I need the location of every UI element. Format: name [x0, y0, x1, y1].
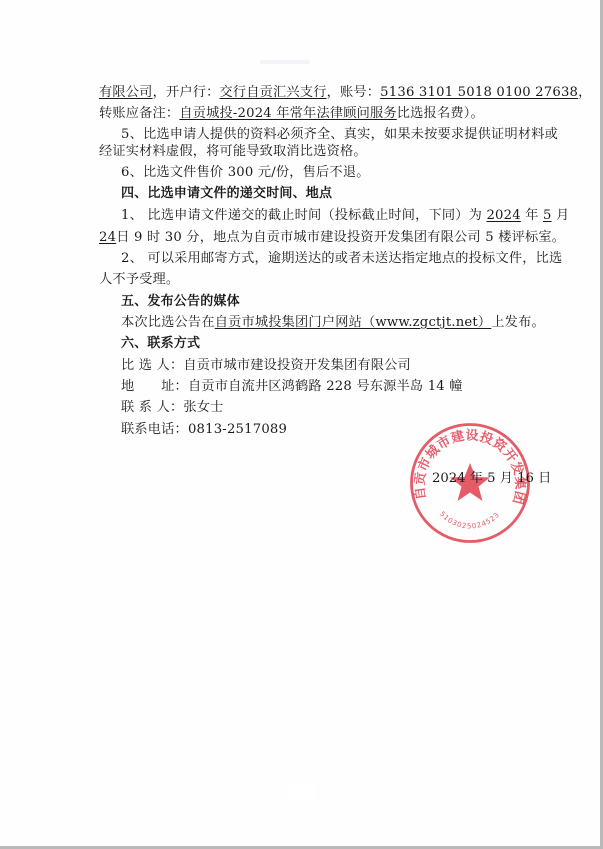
person-label: 联 系 人：	[121, 400, 183, 415]
company-suffix: 有限公司	[99, 85, 153, 100]
deadline-location: 日 9 时 30 分，地点为自贡市城市建设投资开发集团有限公司 5 楼评标室。	[116, 230, 565, 245]
publish-line: 本次比选公告在自贡市城投集团门户网站（www.zgctjt.net）上发布。	[121, 314, 545, 332]
mail-line-2: 人不予受理。	[99, 271, 179, 289]
bank-label: ，开户行：	[153, 85, 220, 100]
mail-line-1: 2、 可以采用邮寄方式，逾期送达的或者未送达指定地点的投标文件，比选	[121, 250, 562, 268]
bank-info-line: 有限公司，开户行：交行自贡汇兴支行，账号：5136 3101 5018 0100…	[99, 84, 592, 102]
transfer-note-value: 自贡城投-2024 年常年法律顾问服务	[179, 106, 396, 121]
seal-org-name: 自贡市城市建设投资开发集团有限公司	[409, 421, 528, 506]
deadline-day: 24	[99, 230, 116, 245]
year-char: 年	[525, 208, 538, 223]
deadline-line-1: 1、 比选申请文件递交的截止时间（投标截止时间，下同）为 2024 年 5 月	[121, 207, 569, 225]
transfer-note-line: 转账应备注：自贡城投-2024 年常年法律顾问服务比选报名费）。	[99, 105, 484, 123]
person-value: 张女士	[183, 400, 223, 415]
address-label: 地 址：	[121, 379, 188, 394]
item-6: 6、比选文件售价 300 元/份，售后不退。	[121, 164, 370, 182]
phone-value: 0813-2517089	[188, 422, 287, 437]
signature-date: 2024 年 5 月 16 日	[432, 470, 551, 488]
transfer-note-suffix: 比选报名费）。	[397, 106, 484, 121]
selector-label: 比 选 人：	[121, 358, 183, 373]
contact-phone: 联系电话：0813-2517089	[121, 421, 287, 439]
scan-artifact	[292, 782, 314, 802]
punct: ，	[578, 85, 591, 100]
deadline-month: 5	[543, 208, 552, 223]
contact-person: 联 系 人：张女士	[121, 399, 224, 417]
contact-address: 地 址：自贡市自流井区鸿鹤路 228 号东源半岛 14 幢	[121, 378, 463, 396]
item-5-line-2: 经证实材料虚假，将可能导致取消比选资格。	[99, 143, 367, 161]
section-5-heading: 五、发布公告的媒体	[121, 293, 240, 311]
portal-link: 自贡市城投集团门户网站（www.zgctjt.net）	[215, 315, 492, 330]
month-char: 月	[556, 208, 569, 223]
deadline-text: 1、 比选申请文件递交的截止时间（投标截止时间，下同）为	[121, 208, 482, 223]
item-5-line-1: 5、比选申请人提供的资料必须齐全、真实，如果未按要求提供证明材料或	[121, 126, 558, 144]
bank-name: 交行自贡汇兴支行	[220, 85, 327, 100]
phone-label: 联系电话：	[121, 422, 188, 437]
transfer-note-label: 转账应备注：	[99, 106, 179, 121]
contact-selector: 比 选 人：自贡市城市建设投资开发集团有限公司	[121, 357, 411, 375]
section-6-heading: 六、联系方式	[121, 335, 200, 353]
document-page: 有限公司，开户行：交行自贡汇兴支行，账号：5136 3101 5018 0100…	[0, 0, 600, 846]
svg-text:自贡市城市建设投资开发集团有限公司: 自贡市城市建设投资开发集团有限公司	[409, 421, 528, 506]
scan-artifact	[260, 60, 310, 64]
seal-code: 5103025024523	[438, 510, 502, 530]
svg-text:5103025024523: 5103025024523	[438, 510, 502, 530]
section-4-heading: 四、比选申请文件的递交时间、地点	[121, 185, 332, 203]
publish-prefix: 本次比选公告在	[121, 315, 215, 330]
deadline-line-2: 24日 9 时 30 分，地点为自贡市城市建设投资开发集团有限公司 5 楼评标室…	[99, 229, 565, 247]
publish-suffix: 上发布。	[491, 315, 545, 330]
selector-value: 自贡市城市建设投资开发集团有限公司	[183, 358, 411, 373]
deadline-year: 2024	[486, 208, 520, 223]
address-value: 自贡市自流井区鸿鹤路 228 号东源半岛 14 幢	[188, 379, 463, 394]
account-label: ，账号：	[327, 85, 381, 100]
account-number: 5136 3101 5018 0100 27638	[380, 85, 578, 100]
